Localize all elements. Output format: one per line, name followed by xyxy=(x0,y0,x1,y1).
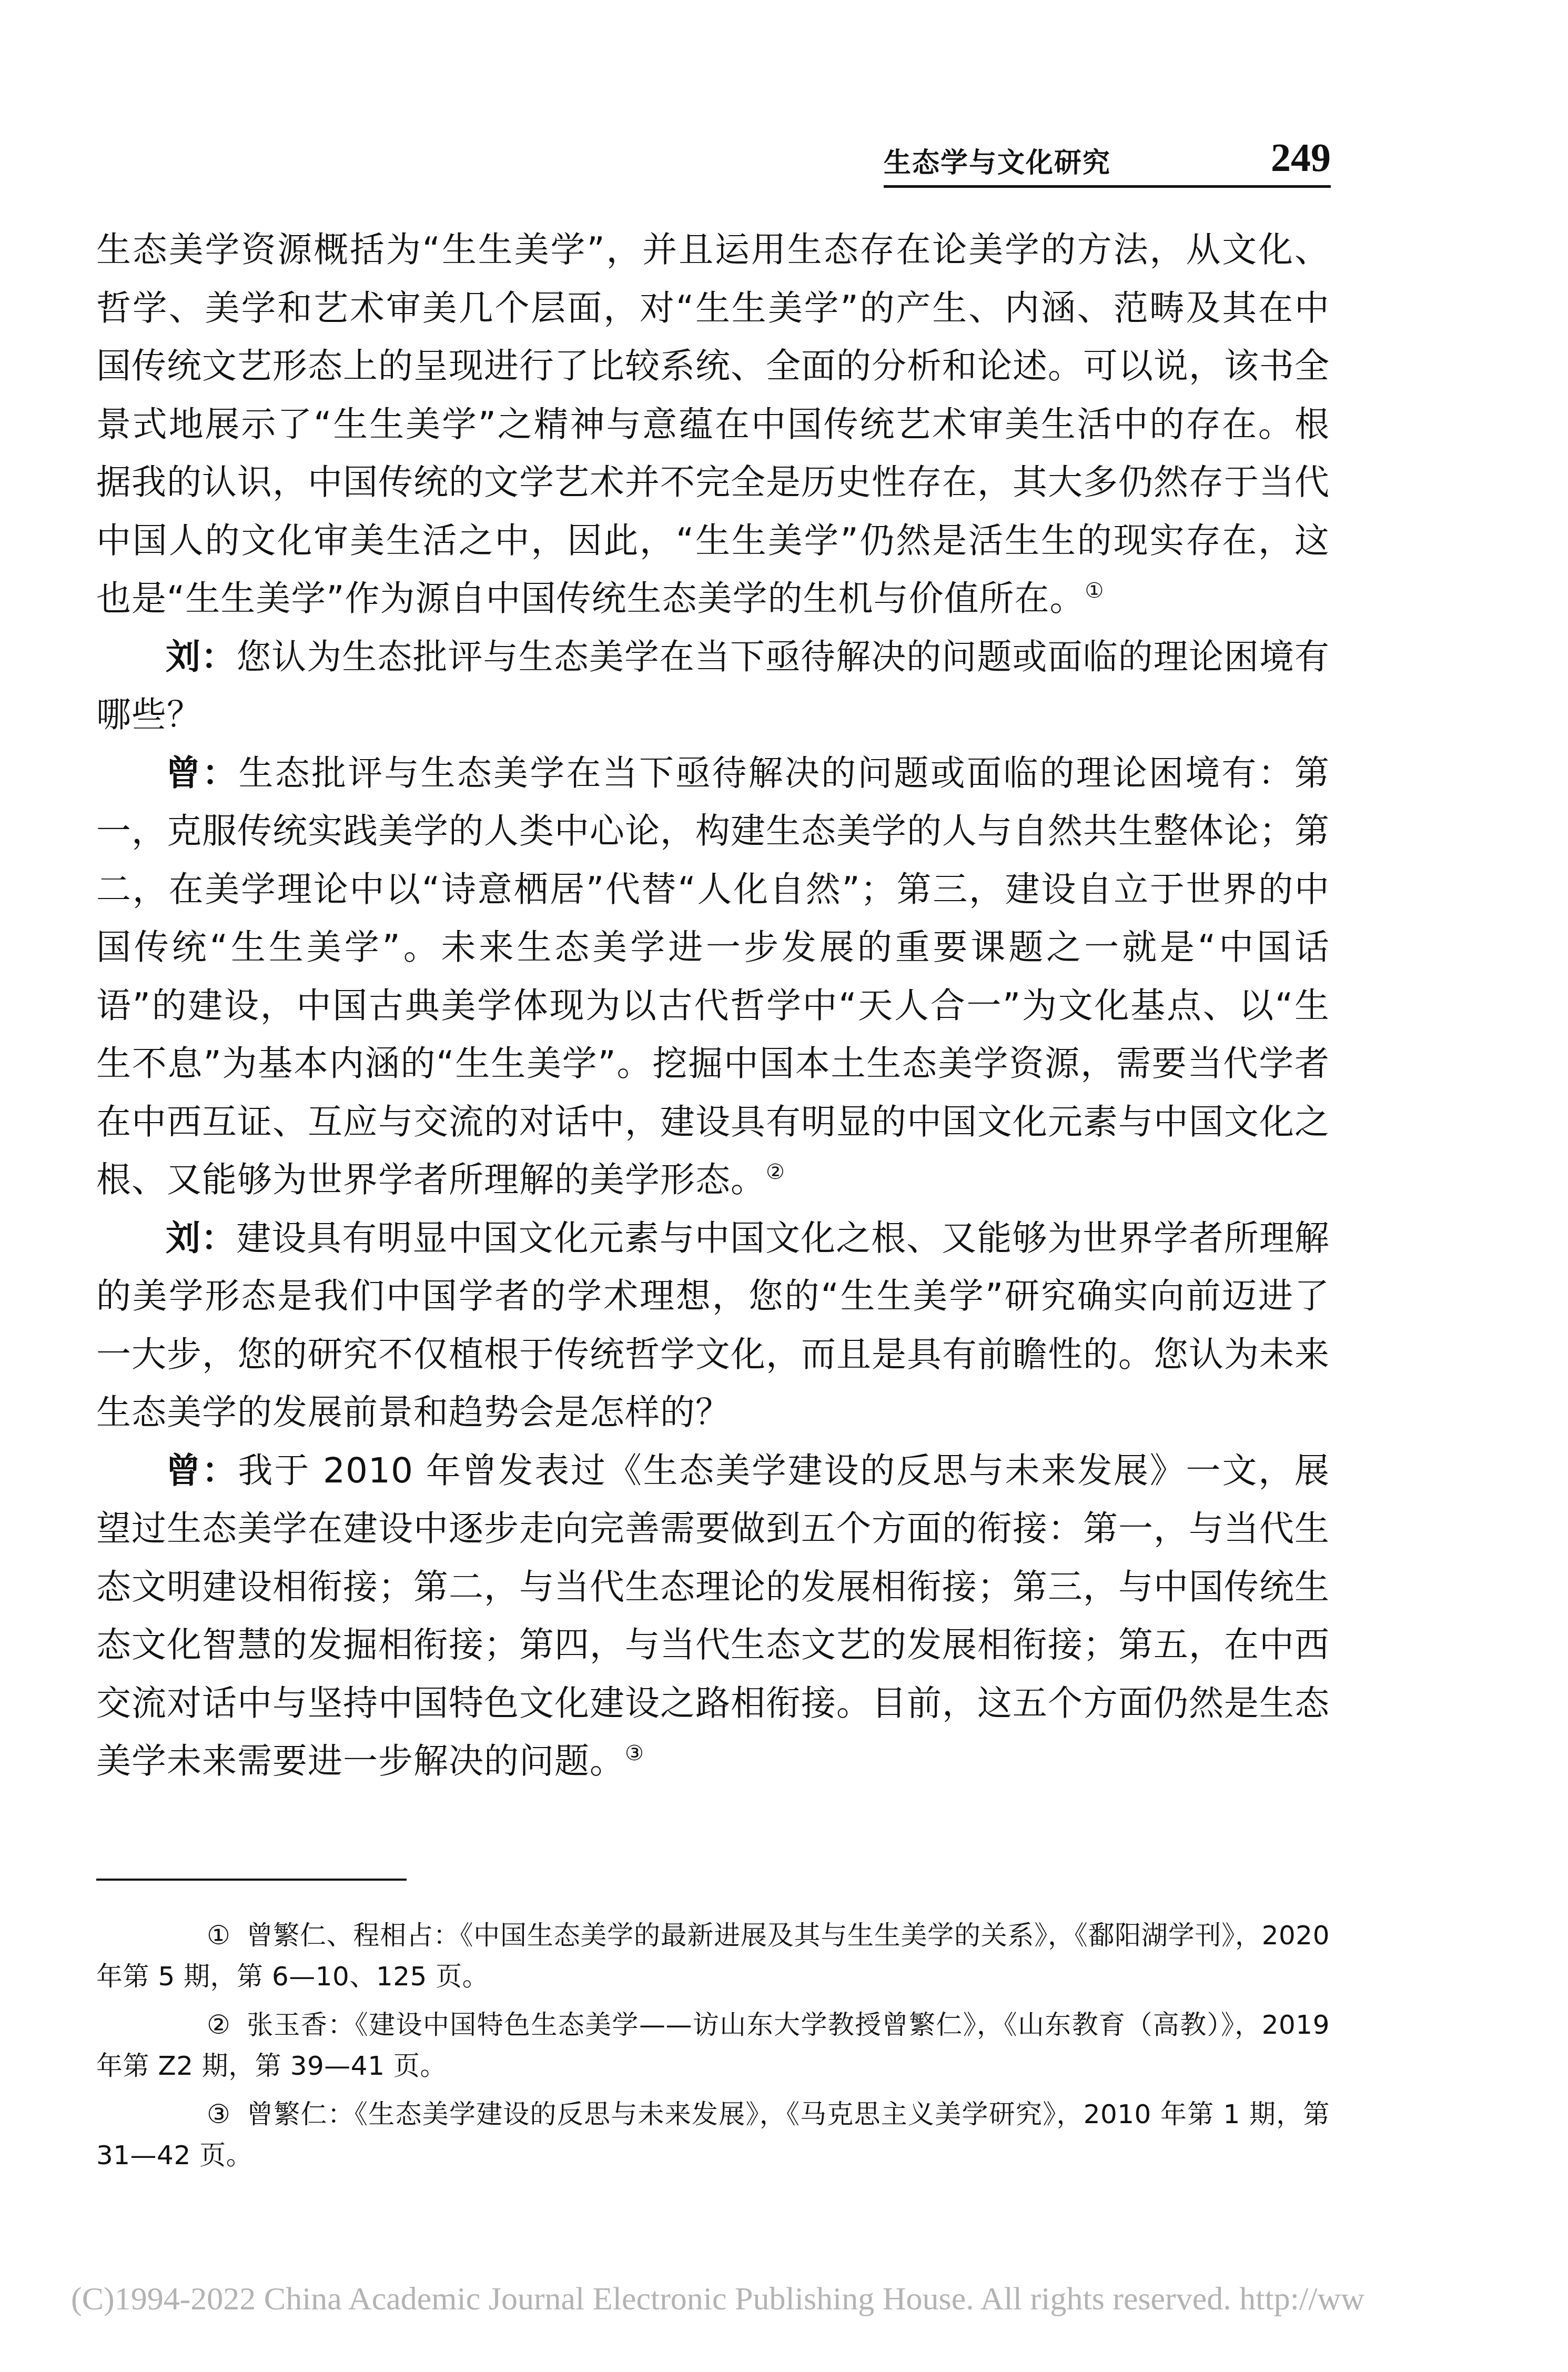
article-body: 生态美学资源概括为“生生美学”，并且运用生态存在论美学的方法，从文化、哲学、美学… xyxy=(96,221,1330,1791)
footnote-ref[interactable]: ③ xyxy=(625,1741,644,1765)
paragraph: 曾：我于 2010 年曾发表过《生态美学建设的反思与未来发展》一文，展望过生态美… xyxy=(96,1442,1330,1791)
speaker-label: 刘： xyxy=(166,637,236,677)
paragraph-text: 建设具有明显中国文化元素与中国文化之根、又能够为世界学者所理解的美学形态是我们中… xyxy=(96,1218,1330,1433)
footnote-marker: ① xyxy=(151,1915,230,1956)
footnotes: ①曾繁仁、程相占：《中国生态美学的最新进展及其与生生美学的关系》，《鄱阳湖学刊》… xyxy=(96,1915,1330,2183)
running-head: 生态学与文化研究 249 xyxy=(884,138,1331,188)
footnote-item: ②张玉香：《建设中国特色生态美学——访山东大学教授曾繁仁》，《山东教育（高教）》… xyxy=(96,2004,1330,2086)
footnote-text: 曾繁仁：《生态美学建设的反思与未来发展》，《马克思主义美学研究》，2010 年第… xyxy=(96,2099,1330,2171)
footnote-divider xyxy=(96,1879,407,1881)
section-title: 生态学与文化研究 xyxy=(884,140,1111,180)
paragraph-text: 我于 2010 年曾发表过《生态美学建设的反思与未来发展》一文，展望过生态美学在… xyxy=(96,1450,1330,1782)
footnote-item: ①曾繁仁、程相占：《中国生态美学的最新进展及其与生生美学的关系》，《鄱阳湖学刊》… xyxy=(96,1915,1330,1997)
paragraph: 生态美学资源概括为“生生美学”，并且运用生态存在论美学的方法，从文化、哲学、美学… xyxy=(96,221,1330,628)
paragraph-text: 生态批评与生态美学在当下亟待解决的问题或面临的理论困境有：第一，克服传统实践美学… xyxy=(96,753,1330,1200)
footnote-text: 张玉香：《建设中国特色生态美学——访山东大学教授曾繁仁》，《山东教育（高教）》，… xyxy=(96,2010,1330,2081)
speaker-label: 曾： xyxy=(166,753,238,793)
footnote-item: ③曾繁仁：《生态美学建设的反思与未来发展》，《马克思主义美学研究》，2010 年… xyxy=(96,2094,1330,2176)
page-number: 249 xyxy=(1271,135,1331,181)
paragraph: 曾：生态批评与生态美学在当下亟待解决的问题或面临的理论困境有：第一，克服传统实践… xyxy=(96,744,1330,1209)
footnote-marker: ② xyxy=(151,2004,230,2045)
footnote-ref[interactable]: ② xyxy=(766,1160,785,1184)
footnote-text: 曾繁仁、程相占：《中国生态美学的最新进展及其与生生美学的关系》，《鄱阳湖学刊》，… xyxy=(96,1920,1330,1992)
footnote-ref[interactable]: ① xyxy=(1085,579,1104,603)
paragraph: 刘：建设具有明显中国文化元素与中国文化之根、又能够为世界学者所理解的美学形态是我… xyxy=(96,1209,1330,1442)
speaker-label: 刘： xyxy=(166,1218,236,1258)
paragraph-text: 您认为生态批评与生态美学在当下亟待解决的问题或面临的理论困境有哪些？ xyxy=(96,637,1330,735)
speaker-label: 曾： xyxy=(166,1450,238,1491)
footnote-marker: ③ xyxy=(151,2094,230,2135)
paragraph-text: 生态美学资源概括为“生生美学”，并且运用生态存在论美学的方法，从文化、哲学、美学… xyxy=(96,229,1330,619)
paragraph: 刘：您认为生态批评与生态美学在当下亟待解决的问题或面临的理论困境有哪些？ xyxy=(96,628,1330,744)
copyright-watermark: (C)1994-2022 China Academic Journal Elec… xyxy=(71,2280,1364,2318)
